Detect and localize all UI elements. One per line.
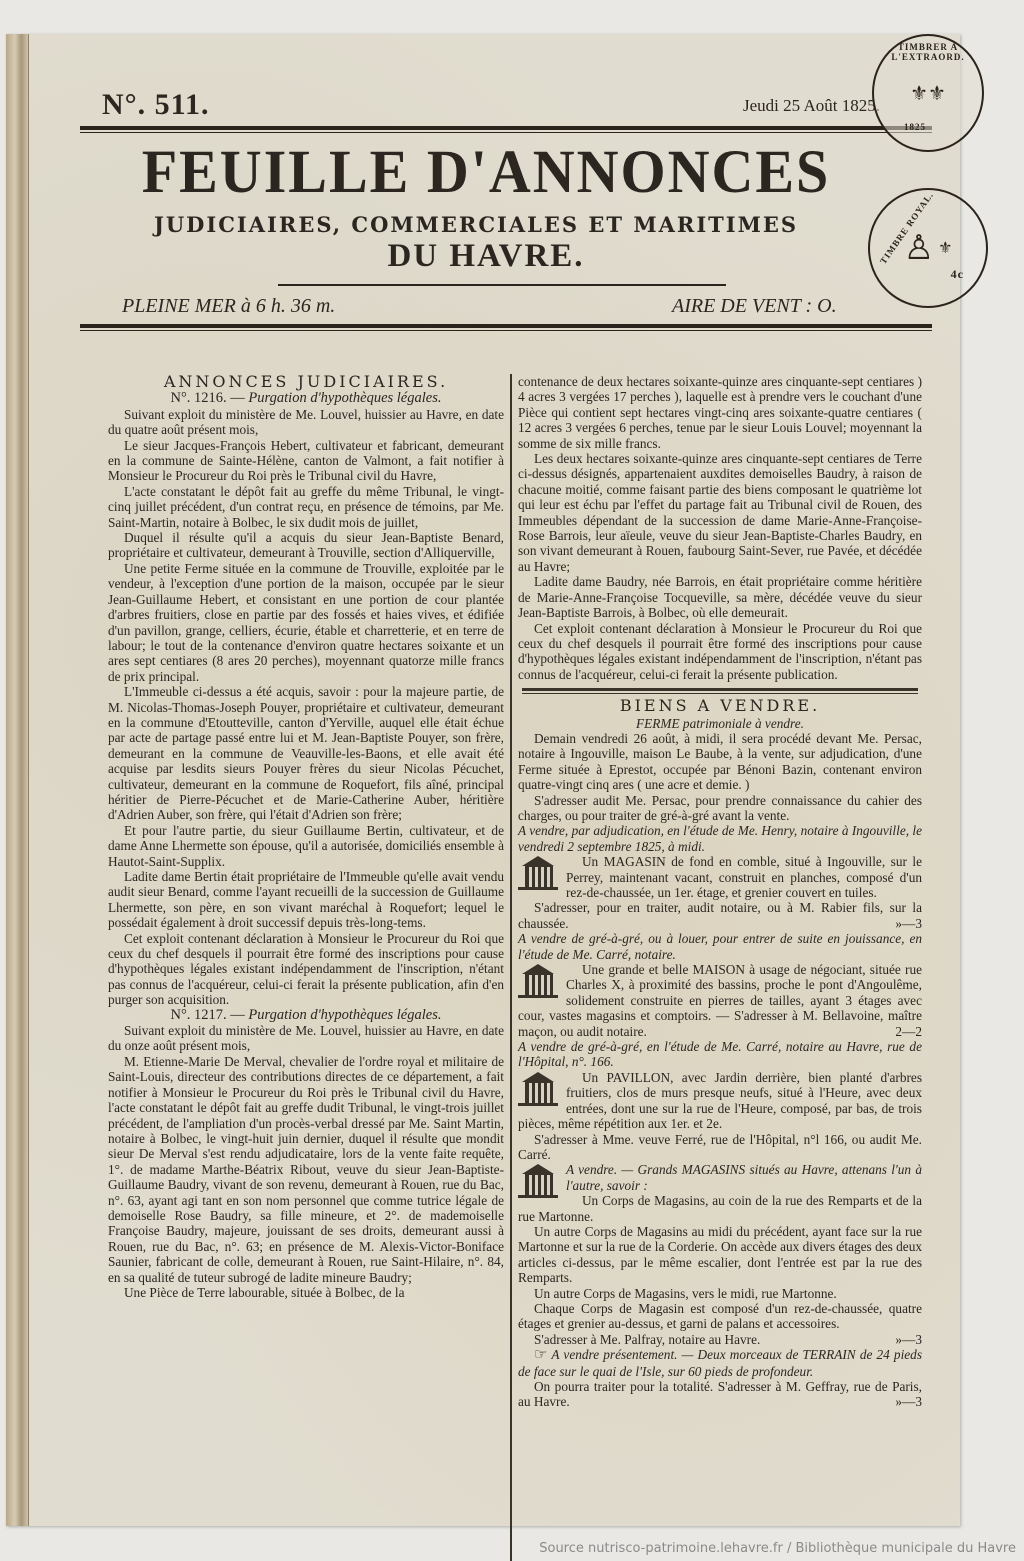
ad-farm: FERME patrimoniale à vendre. Demain vend… — [518, 716, 922, 824]
notice-heading: N°. 1216. — Purgation d'hypothèques léga… — [108, 391, 504, 406]
masthead-rule-bottom — [80, 324, 932, 331]
paragraph: L'acte constatant le dépôt fait au greff… — [108, 484, 504, 530]
notice-heading: N°. 1217. — Purgation d'hypothèques léga… — [108, 1008, 504, 1023]
paragraph: Cet exploit contenant déclaration à Mons… — [518, 621, 922, 683]
newspaper-page: N°. 511. Jeudi 25 Août 1825. FEUILLE D'A… — [6, 34, 960, 1526]
paragraph-text: S'adresser, pour en traiter, audit notai… — [518, 900, 922, 930]
notice-1216: N°. 1216. — Purgation d'hypothèques léga… — [108, 391, 504, 1007]
ad-maison: A vendre de gré-à-gré, ou à louer, pour … — [518, 931, 922, 1039]
ad-pavillon: A vendre de gré-à-gré, en l'étude de Me.… — [518, 1039, 922, 1162]
house-icon — [518, 856, 558, 892]
paragraph: Ladite dame Bertin était propriétaire de… — [108, 869, 504, 931]
paragraph: Suivant exploit du ministère de Me. Louv… — [108, 1023, 504, 1054]
ad-terrain: ☞A vendre présentement. — Deux morceaux … — [518, 1347, 922, 1410]
ad-heading: A vendre présentement. — Deux morceaux d… — [518, 1347, 922, 1378]
paragraph: Chaque Corps de Magasin est composé d'un… — [518, 1301, 922, 1332]
paragraph: On pourra traiter pour la totalité. S'ad… — [518, 1379, 922, 1410]
house-icon — [518, 964, 558, 1000]
warehouse-icon — [518, 1164, 558, 1200]
stamp-text: TIMBRER A L'EXTRAORD. — [888, 42, 968, 62]
insertion-count: »—3 — [895, 1332, 922, 1347]
ad-heading: A vendre de gré-à-gré, ou à louer, pour … — [518, 931, 922, 962]
paragraph: Suivant exploit du ministère de Me. Louv… — [108, 407, 504, 438]
notice-title: Purgation d'hypothèques légales. — [248, 390, 441, 406]
column-divider — [510, 374, 512, 1561]
paragraph: Une grande et belle MAISON à usage de né… — [518, 962, 922, 1039]
page-binding — [6, 34, 29, 1526]
stamp-year: 1825 — [904, 122, 926, 132]
masthead-rule-top — [80, 126, 932, 133]
source-credit: Source nutrisco-patrimoine.lehavre.fr / … — [539, 1541, 1016, 1556]
notice-title: Purgation d'hypothèques légales. — [248, 1007, 441, 1023]
wind-info: AIRE DE VENT : O. — [672, 295, 837, 318]
tide-info: PLEINE MER à 6 h. 36 m. — [122, 295, 335, 318]
paragraph: S'adresser à Mme. veuve Ferré, rue de l'… — [518, 1132, 922, 1163]
royal-stamp-icon: TIMBRE ROYAL. ♙ ⚜ 4c — [868, 188, 988, 308]
paragraph: Ladite dame Baudry, née Barrois, en étai… — [518, 574, 922, 620]
paragraph: Un autre Corps de Magasins au midi du pr… — [518, 1224, 922, 1286]
notice-number: N°. 1217. — — [171, 1007, 245, 1023]
insertion-count: »—3 — [895, 916, 922, 931]
paragraph: Demain vendredi 26 août, à midi, il sera… — [518, 731, 922, 793]
issue-number: N°. 511. — [102, 88, 210, 122]
paragraph: L'Immeuble ci-dessus a été acquis, savoi… — [108, 684, 504, 823]
newspaper-city: DU HAVRE. — [86, 238, 886, 275]
paragraph: S'adresser à Me. Palfray, notaire au Hav… — [518, 1332, 922, 1347]
ornament-rule — [278, 284, 726, 286]
ad-magasins-havre: A vendre. — Grands MAGASINS situés au Ha… — [518, 1162, 922, 1347]
paragraph: Un Corps de Magasins, au coin de la rue … — [518, 1193, 922, 1224]
paragraph: Un autre Corps de Magasins, vers le midi… — [518, 1286, 922, 1301]
newspaper-subtitle: JUDICIAIRES, COMMERCIALES ET MARITIMES — [66, 212, 886, 237]
issue-date: Jeudi 25 Août 1825. — [743, 96, 880, 116]
insertion-count: 2—2 — [895, 1024, 922, 1039]
paragraph: Cet exploit contenant déclaration à Mons… — [108, 931, 504, 1008]
newspaper-title: FEUILLE D'ANNONCES — [86, 136, 886, 206]
paragraph: Duquel il résulte qu'il a acquis du sieu… — [108, 530, 504, 561]
paragraph: Une petite Ferme située en la commune de… — [108, 561, 504, 684]
paragraph: contenance de deux hectares soixante-qui… — [518, 374, 922, 451]
paragraph: Et pour l'autre partie, du sieur Guillau… — [108, 823, 504, 869]
stamp-value: 4c — [951, 267, 964, 282]
fleur-de-lis-icon: ⚜⚜ — [910, 81, 946, 106]
notice-1217: N°. 1217. — Purgation d'hypothèques léga… — [108, 1008, 504, 1301]
pointing-hand-icon: ☞ — [534, 1347, 547, 1363]
ad-heading-line: ☞A vendre présentement. — Deux morceaux … — [518, 1347, 922, 1379]
paragraph: Un PAVILLON, avec Jardin derrière, bien … — [518, 1070, 922, 1132]
lyre-icon: ⚜ — [938, 238, 952, 258]
section-title-sales: BIENS A VENDRE. — [518, 698, 922, 713]
paragraph-text: Une grande et belle MAISON à usage de né… — [518, 962, 922, 1039]
notice-number: N°. 1216. — — [171, 390, 245, 406]
paragraph: Le sieur Jacques-François Hebert, cultiv… — [108, 438, 504, 484]
insertion-count: »—3 — [895, 1394, 922, 1409]
paragraph: S'adresser, pour en traiter, audit notai… — [518, 900, 922, 931]
section-title-judicial: ANNONCES JUDICIAIRES. — [108, 374, 504, 389]
pavilion-icon — [518, 1072, 558, 1108]
ad-magasin-ingouville: A vendre, par adjudication, en l'étude d… — [518, 823, 922, 931]
paragraph: Un MAGASIN de fond en comble, situé à In… — [518, 854, 922, 900]
paragraph-text: S'adresser à Me. Palfray, notaire au Hav… — [534, 1332, 760, 1347]
ad-heading: FERME patrimoniale à vendre. — [518, 716, 922, 731]
paragraph: Une Pièce de Terre labourable, située à … — [108, 1285, 504, 1300]
left-column: ANNONCES JUDICIAIRES. N°. 1216. — Purgat… — [108, 374, 504, 1300]
ad-heading: A vendre. — Grands MAGASINS situés au Ha… — [518, 1162, 922, 1193]
paragraph: S'adresser audit Me. Persac, pour prendr… — [518, 793, 922, 824]
section-divider — [522, 688, 918, 694]
tax-stamp-extraordinary-icon: TIMBRER A L'EXTRAORD. ⚜⚜ 1825 — [872, 34, 984, 152]
paragraph: M. Etienne-Marie De Merval, chevalier de… — [108, 1054, 504, 1285]
ad-heading: A vendre, par adjudication, en l'étude d… — [518, 823, 922, 854]
right-column: contenance de deux hectares soixante-qui… — [518, 374, 922, 1410]
paragraph: Les deux hectares soixante-quinze ares c… — [518, 451, 922, 574]
ad-heading: A vendre de gré-à-gré, en l'étude de Me.… — [518, 1039, 922, 1070]
paragraph-text: On pourra traiter pour la totalité. S'ad… — [518, 1379, 922, 1409]
